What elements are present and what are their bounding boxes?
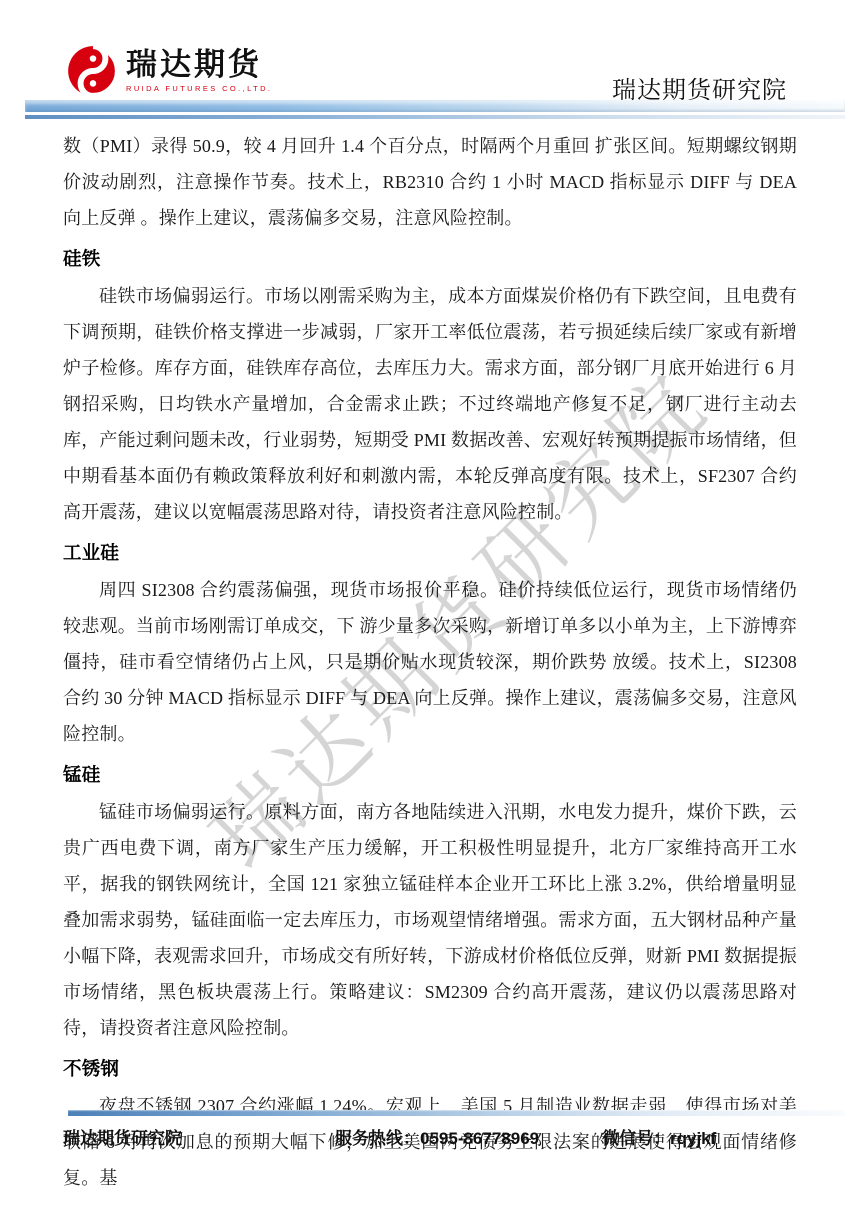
header-rule-sub: [25, 115, 845, 119]
footer-hotline-number: 0595-86778969: [420, 1129, 539, 1148]
section-paragraph-simn: 锰硅市场偏弱运行。原料方面，南方各地陆续进入汛期，水电发力提升，煤价下跌，云贵广…: [63, 794, 797, 1046]
company-logo: 瑞达期货 RUIDA FUTURES CO.,LTD.: [66, 44, 272, 98]
page-header: 瑞达期货 RUIDA FUTURES CO.,LTD. 瑞达期货研究院: [0, 0, 860, 100]
footer-wechat-id: rqyjkf: [670, 1129, 716, 1148]
footer-institute: 瑞达期货研究院: [63, 1124, 182, 1149]
section-heading-sife: 硅铁: [63, 247, 797, 271]
footer-wechat: 微信号：rqyjkf: [602, 1124, 716, 1149]
report-page: 瑞达期货 RUIDA FUTURES CO.,LTD. 瑞达期货研究院 瑞达期货…: [0, 0, 860, 1217]
section-heading-simn: 锰硅: [63, 763, 797, 787]
section-heading-stainless-steel: 不锈钢: [63, 1057, 797, 1081]
footer-hotline-label: 服务热线：: [335, 1129, 420, 1148]
section-heading-industrial-silicon: 工业硅: [63, 541, 797, 565]
report-body: 数（PMI）录得 50.9，较 4 月回升 1.4 个百分点，时隔两个月重回 扩…: [63, 128, 797, 1196]
footer-wechat-label: 微信号：: [602, 1129, 670, 1148]
logo-text: 瑞达期货 RUIDA FUTURES CO.,LTD.: [126, 44, 272, 93]
footer-hotline: 服务热线：0595-86778969: [335, 1124, 539, 1149]
section-paragraph-industrial-silicon: 周四 SI2308 合约震荡偏强，现货市场报价平稳。硅价持续低位运行，现货市场情…: [63, 572, 797, 752]
intro-paragraph: 数（PMI）录得 50.9，较 4 月回升 1.4 个百分点，时隔两个月重回 扩…: [63, 128, 797, 236]
section-paragraph-sife: 硅铁市场偏弱运行。市场以刚需采购为主，成本方面煤炭价格仍有下跌空间，且电费有下调…: [63, 278, 797, 530]
logo-name-cn: 瑞达期货: [126, 48, 272, 82]
footer-rule: [68, 1110, 845, 1116]
page-footer: 瑞达期货研究院 服务热线：0595-86778969 微信号：rqyjkf: [0, 1124, 860, 1150]
logo-name-en: RUIDA FUTURES CO.,LTD.: [126, 84, 272, 93]
header-rule-main: [25, 100, 845, 112]
ruida-logo-icon: [66, 44, 120, 98]
